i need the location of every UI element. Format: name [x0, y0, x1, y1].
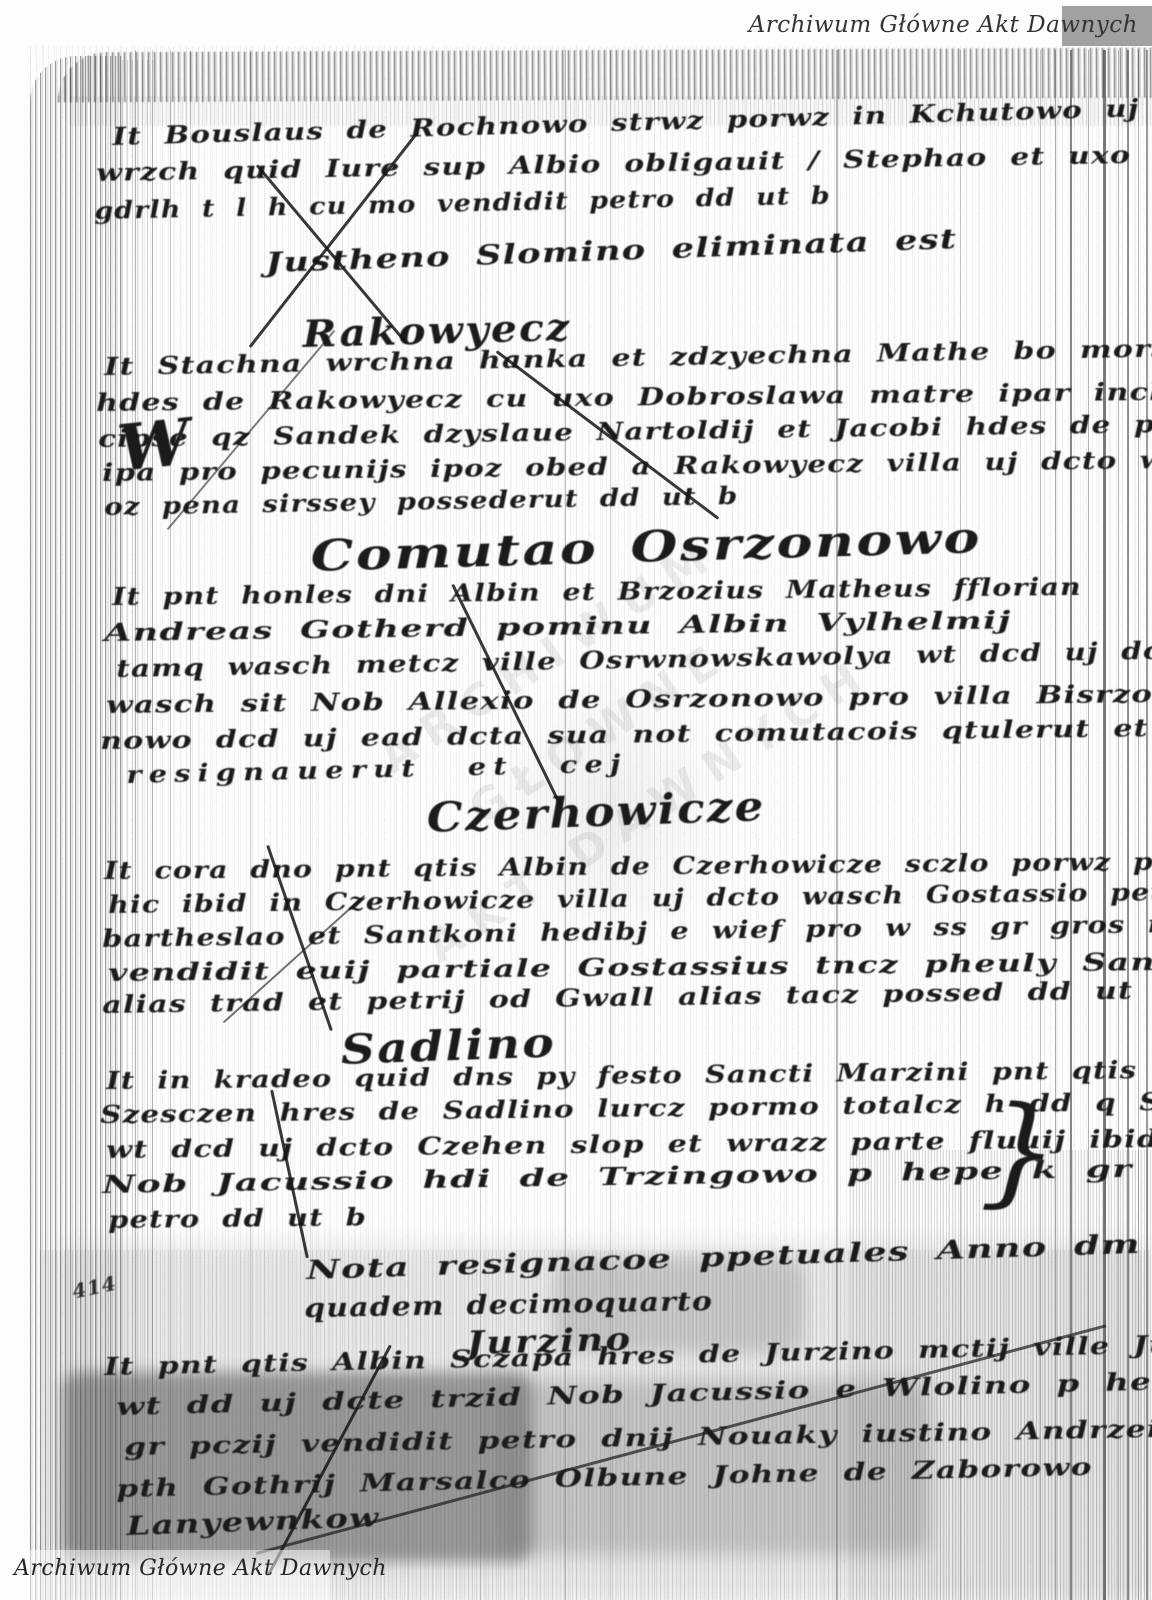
scanned-manuscript-page: ARCHIWUM GŁÓWNE AKT DAWNYCH It Bouslaus …	[0, 0, 1152, 1600]
ink-flourish-brace: }	[978, 1080, 1062, 1223]
archive-label-top: Archiwum Główne Akt Dawnych	[749, 12, 1138, 38]
archive-label-bottom: Archiwum Główne Akt Dawnych	[14, 1556, 387, 1581]
page-top-edge-shadow	[58, 48, 1152, 103]
manuscript-line: petro dd ut b	[108, 1202, 367, 1234]
ink-flourish: W	[114, 404, 193, 486]
